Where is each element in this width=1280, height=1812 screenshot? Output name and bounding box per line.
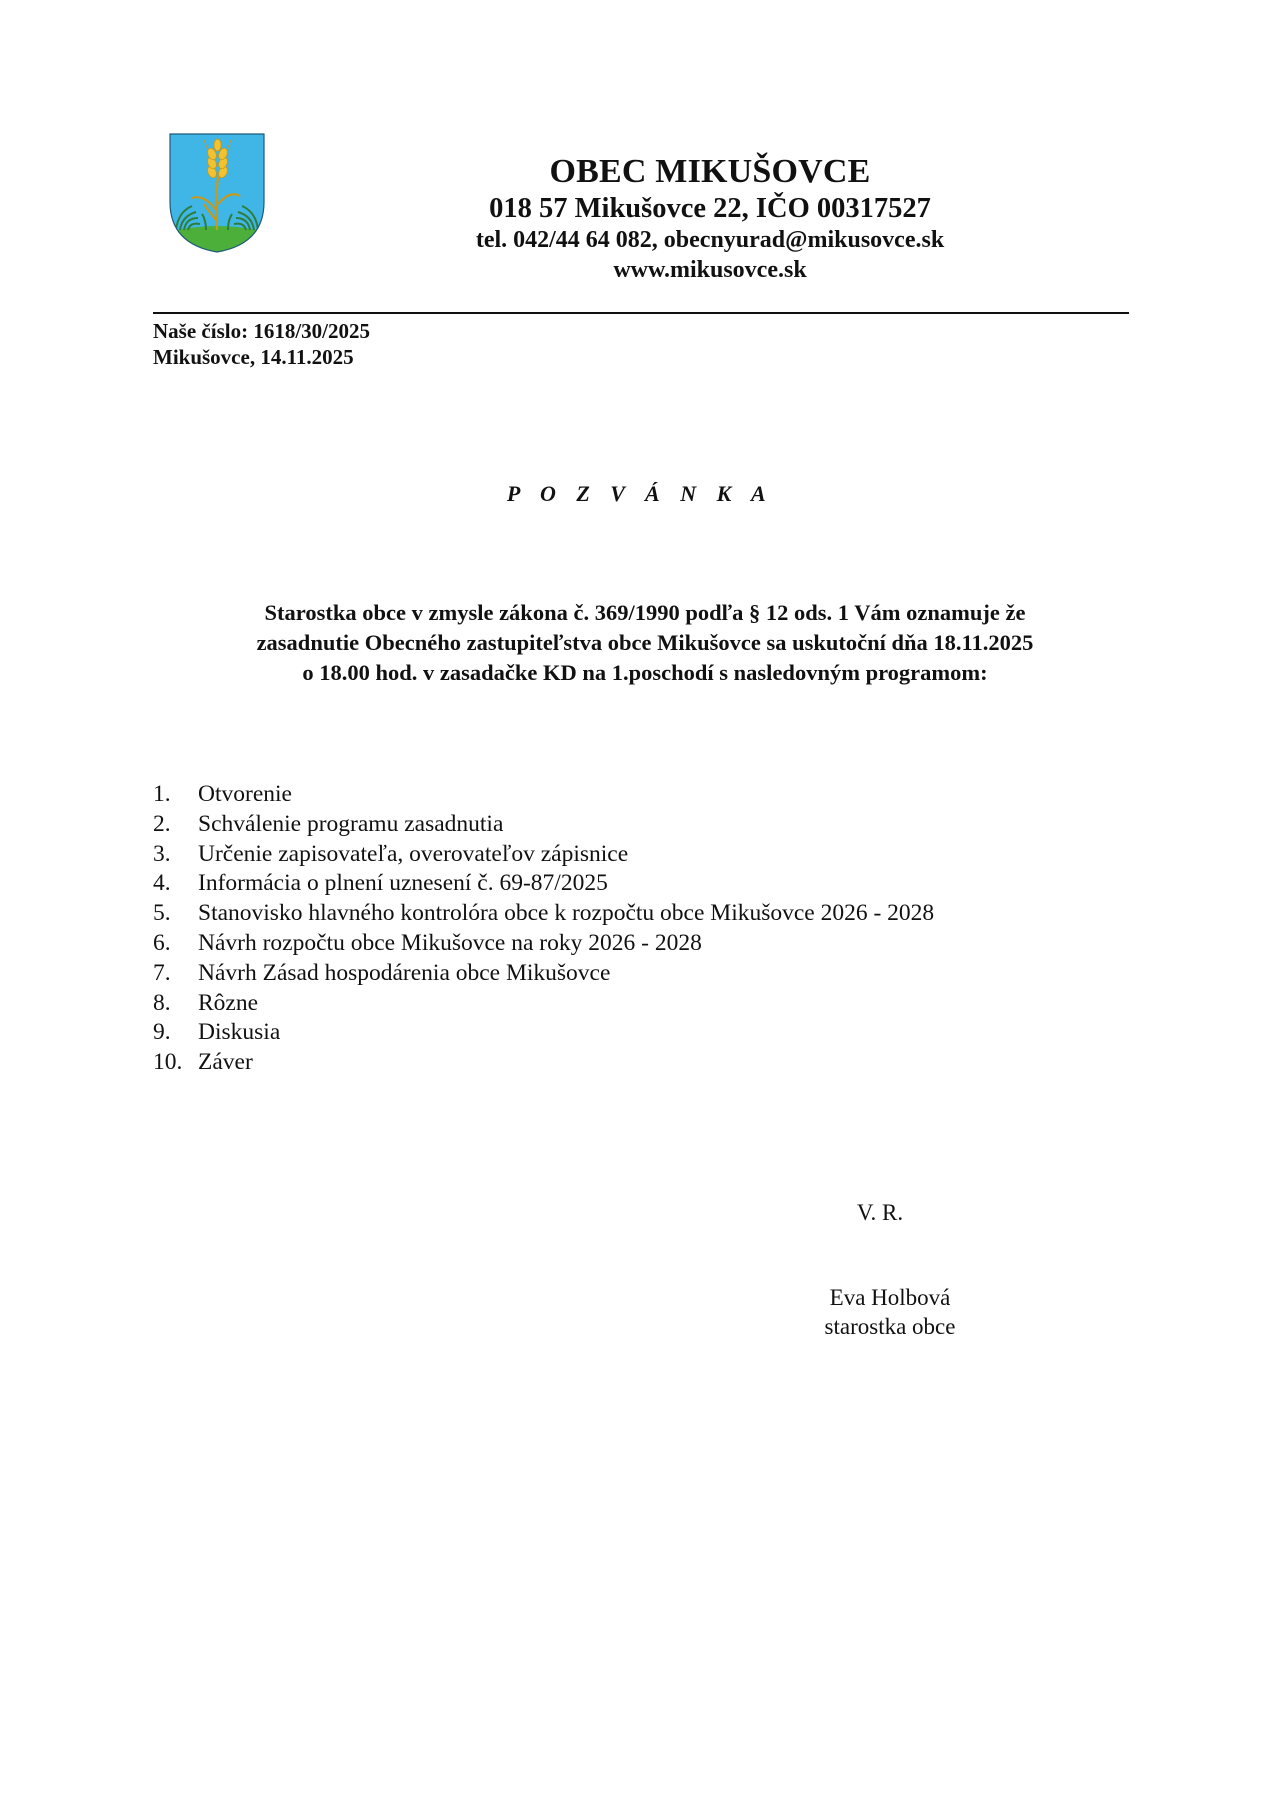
agenda-item-number: 7. <box>153 959 198 989</box>
agenda-item: 1.Otvorenie <box>153 780 934 810</box>
municipality-website: www.mikusovce.sk <box>410 256 1010 284</box>
agenda-item-number: 8. <box>153 989 198 1019</box>
agenda-item: 10.Záver <box>153 1048 934 1078</box>
agenda-item-text: Stanovisko hlavného kontrolóra obce k ro… <box>198 899 934 929</box>
agenda-item: 5.Stanovisko hlavného kontrolóra obce k … <box>153 899 934 929</box>
agenda-item-number: 5. <box>153 899 198 929</box>
signatory-name: Eva Holbová <box>780 1283 1000 1313</box>
agenda-item-text: Návrh Zásad hospodárenia obce Mikušovce <box>198 959 610 989</box>
document-page: OBEC MIKUŠOVCE 018 57 Mikušovce 22, IČO … <box>0 0 1280 1812</box>
signature-vr-mark: V. R. <box>770 1198 990 1228</box>
reference-number: Naše číslo: 1618/30/2025 <box>153 318 370 344</box>
agenda-list: 1.Otvorenie 2.Schválenie programu zasadn… <box>153 780 934 1078</box>
agenda-item-text: Schválenie programu zasadnutia <box>198 810 503 840</box>
coat-of-arms-icon <box>168 132 266 254</box>
agenda-item-text: Informácia o plnení uznesení č. 69-87/20… <box>198 869 608 899</box>
header-divider <box>153 312 1129 314</box>
agenda-item-text: Záver <box>198 1048 253 1078</box>
agenda-item: 2.Schválenie programu zasadnutia <box>153 810 934 840</box>
agenda-item-number: 1. <box>153 780 198 810</box>
intro-line: Starostka obce v zmysle zákona č. 369/19… <box>153 598 1137 628</box>
municipality-contact: tel. 042/44 64 082, obecnyurad@mikusovce… <box>410 226 1010 254</box>
reference-number-label: Naše číslo <box>153 319 241 343</box>
agenda-item-text: Diskusia <box>198 1018 280 1048</box>
agenda-item: 6.Návrh rozpočtu obce Mikušovce na roky … <box>153 929 934 959</box>
agenda-item-text: Určenie zapisovateľa, overovateľov zápis… <box>198 840 628 870</box>
agenda-item-number: 9. <box>153 1018 198 1048</box>
intro-line: zasadnutie Obecného zastupiteľstva obce … <box>153 628 1137 658</box>
agenda-item-number: 4. <box>153 869 198 899</box>
agenda-item: 9.Diskusia <box>153 1018 934 1048</box>
agenda-item-text: Návrh rozpočtu obce Mikušovce na roky 20… <box>198 929 702 959</box>
place-and-date: Mikušovce, 14.11.2025 <box>153 344 354 370</box>
agenda-item-text: Otvorenie <box>198 780 292 810</box>
agenda-item: 3.Určenie zapisovateľa, overovateľov záp… <box>153 840 934 870</box>
agenda-item: 4.Informácia o plnení uznesení č. 69-87/… <box>153 869 934 899</box>
intro-line: o 18.00 hod. v zasadačke KD na 1.poschod… <box>153 658 1137 688</box>
agenda-item: 7.Návrh Zásad hospodárenia obce Mikušovc… <box>153 959 934 989</box>
reference-number-value: : 1618/30/2025 <box>241 319 370 343</box>
invitation-title: P O Z V Á N K A <box>440 480 840 508</box>
agenda-item: 8.Rôzne <box>153 989 934 1019</box>
agenda-item-number: 2. <box>153 810 198 840</box>
agenda-item-number: 3. <box>153 840 198 870</box>
agenda-item-number: 10. <box>153 1048 198 1078</box>
signatory-role: starostka obce <box>780 1312 1000 1342</box>
agenda-item-number: 6. <box>153 929 198 959</box>
agenda-item-text: Rôzne <box>198 989 258 1019</box>
municipality-title: OBEC MIKUŠOVCE <box>410 152 1010 192</box>
intro-paragraph: Starostka obce v zmysle zákona č. 369/19… <box>153 598 1137 688</box>
municipality-address: 018 57 Mikušovce 22, IČO 00317527 <box>410 193 1010 225</box>
